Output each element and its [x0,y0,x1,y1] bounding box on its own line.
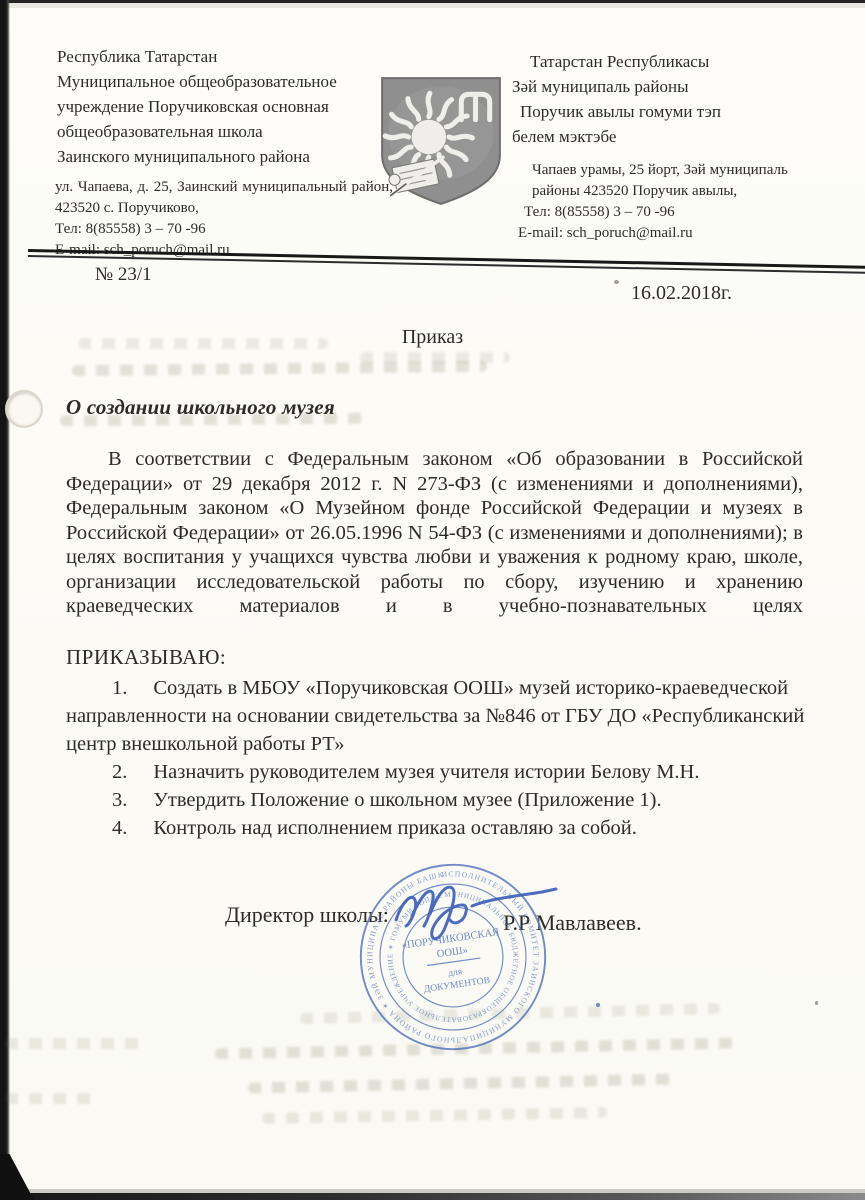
item-text: Контроль над исполнением приказа оставля… [153,817,636,839]
scanned-document-page: Республика Татарстан Муниципальное общео… [0,0,865,1200]
org-line: Поручик авылы гомуми тэп [512,99,822,124]
document-subject: О создании школьного музея [66,395,335,420]
scan-edge-top-band [0,3,865,8]
resolution-word: ПРИКАЗЫВАЮ: [66,645,226,670]
scan-corner-artifact [0,1154,34,1200]
bleed-through-artifact [262,1107,607,1124]
item-text: Создать в МБОУ «Поручиковская ООШ» музей… [66,677,804,755]
org-line: Заинского муниципального района [57,144,395,169]
bleed-through-artifact [5,1093,95,1104]
header-divider [28,249,865,274]
org-line: учреждение Поручиковская основная [57,94,395,119]
address-street: Чапаев урамы, 25 йорт, Зәй муниципаль [518,160,818,181]
org-line: белем мэктэбе [512,124,822,149]
bleed-through-artifact [5,1038,140,1049]
bleed-through-artifact [360,352,510,363]
order-item: 2.Назначить руководителем музея учителя … [66,758,808,786]
item-number: 3. [112,789,153,811]
org-address-tatar: Чапаев урамы, 25 йорт, Зәй муниципаль ра… [518,160,818,244]
org-line: Татарстан Республикасы [512,49,822,74]
item-number: 4. [112,817,153,839]
org-line: Республика Татарстан [57,44,395,69]
address-phone: Тел: 8(85558) 3 – 70 -96 [55,219,393,240]
paper-blemish-circle [5,390,43,428]
org-name-russian: Республика Татарстан Муниципальное общео… [57,44,395,169]
item-number: 2. [112,761,153,783]
org-address-russian: ул. Чапаева, д. 25, Заинский муниципальн… [55,177,393,261]
order-item: 4.Контроль над исполнением приказа остав… [66,814,808,842]
coat-of-arms-icon [374,72,508,210]
order-items-list: 1.Создать в МБОУ «Поручиковская ООШ» муз… [66,674,808,842]
item-text: Назначить руководителем музея учителя ис… [153,761,699,783]
address-phone: Тел: 8(85558) 3 – 70 -96 [518,202,818,223]
item-text: Утвердить Положение о школьном музее (Пр… [153,789,661,811]
scan-edge-left [0,0,10,1200]
document-date: 16.02.2018г. [631,282,732,305]
bleed-through-artifact [72,361,487,376]
document-title: Приказ [0,326,865,349]
org-line: общеобразовательная школа [57,119,395,144]
address-street: ул. Чапаева, д. 25, Заинский муниципальн… [55,177,393,219]
scan-edge-bottom [0,1193,865,1200]
director-signature [368,858,598,968]
order-item: 1.Создать в МБОУ «Поручиковская ООШ» муз… [66,674,808,758]
org-name-tatar: Татарстан Республикасы Зәй муниципаль ра… [512,49,822,149]
order-item: 3.Утвердить Положение о школьном музее (… [66,786,808,814]
scan-speck [815,1001,818,1005]
bleed-through-artifact [248,1073,678,1093]
document-number: № 23/1 [95,264,152,286]
org-line: Муниципальное общеобразовательное [57,69,395,94]
body-paragraph: В соответствии с Федеральным законом «Об… [66,447,803,619]
item-number: 1. [112,677,153,699]
stamp-center-line3: для [447,966,463,979]
address-email: E-mail: sch_poruch@mail.ru [518,223,818,244]
address-street2: районы 423520 Поручик авылы, [518,181,818,202]
scan-speck [614,280,619,284]
signature-stroke [396,887,556,939]
org-line: Зәй муниципаль районы [512,74,822,99]
